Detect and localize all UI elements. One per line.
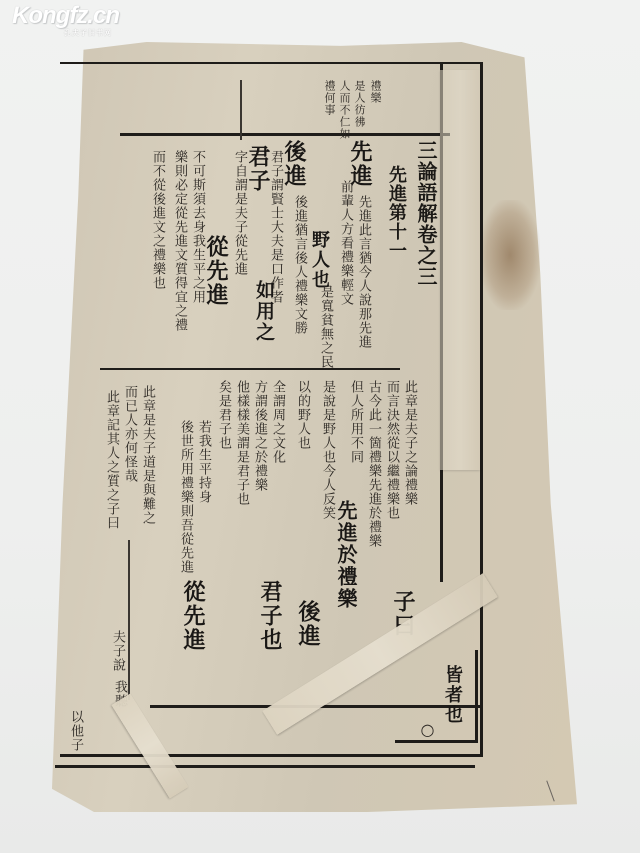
column-rule: [240, 80, 242, 140]
text-column: 夫子說: [110, 630, 125, 672]
text-column: 此章是夫子道是與難之: [140, 385, 155, 525]
text-column: 全謂周之文化: [270, 380, 285, 464]
chapter-title: 先進第十一: [383, 165, 409, 260]
text-column: 前輩人方看禮樂輕文: [338, 180, 353, 306]
heading-houjin-2: 後進: [300, 600, 315, 648]
text-column: 若我生平持身: [196, 420, 211, 504]
heading-congxianjin-2: 從先進: [185, 580, 200, 652]
book-title: 三論語解卷之三: [412, 140, 441, 287]
text-column: 此章記其人之質之子曰: [104, 390, 119, 530]
top-note: 人而不仁如: [337, 80, 352, 140]
text-column: 但人所用不同: [348, 380, 363, 464]
text-column: 他樣樣美謂是君子也: [234, 380, 249, 506]
heading-xianjin-yu-liyue: 先進於禮樂: [338, 500, 353, 610]
text-column: 矣是君子也: [216, 380, 231, 450]
column-rule: [128, 540, 130, 700]
top-note: 禮樂: [368, 80, 383, 104]
seal-text: 皆者也: [445, 665, 460, 725]
heading-ruyongzhi: 如用之: [256, 280, 271, 343]
circle-mark: ○: [420, 720, 435, 740]
text-column: 是寬貧無之民: [318, 285, 333, 369]
text-column: 不可斯須去身我生平之用: [190, 150, 205, 304]
text-column: 樂則必定從先進文質得宜之禮: [172, 150, 187, 332]
text-column: 是說是野人也今人反笑: [320, 380, 335, 520]
base-divider-line: [55, 765, 475, 768]
text-column: 而言決然從以繼禮樂也: [384, 380, 399, 520]
text-column: 此章是夫子之論禮樂: [402, 380, 417, 506]
water-stain: [480, 200, 540, 310]
repair-strip: [440, 70, 480, 470]
heading-xianjin: 先進: [352, 140, 367, 188]
text-column: 而已人亦何怪哉: [122, 385, 137, 483]
heading-junzi-ye: 君子也: [262, 580, 277, 652]
heading-junzi: 君子: [250, 145, 265, 193]
top-note: 是人彷彿: [352, 80, 367, 128]
middle-divider-line: [100, 368, 400, 370]
text-column: 後世所用禮樂則吾從先進: [178, 420, 193, 574]
text-column: 以他子: [68, 710, 83, 752]
watermark: Kongfz.cn 孔夫子旧书网: [12, 2, 119, 30]
heading-yeren: 野人也: [312, 230, 327, 290]
heading-houjin: 後進: [286, 140, 301, 188]
header-divider-line: [120, 133, 450, 136]
heading-congxianjin: 從先進: [208, 235, 223, 307]
text-column: 方謂後進之於禮樂: [252, 380, 267, 492]
text-column: 後進猶言後人禮樂文勝: [292, 195, 307, 335]
watermark-brand: Kongfz.cn: [12, 2, 119, 29]
watermark-subtext: 孔夫子旧书网: [64, 28, 112, 38]
text-column: 字自謂是夫子從先進: [232, 150, 247, 276]
top-note: 禮何事: [322, 80, 337, 116]
text-column: 以的野人也: [295, 380, 310, 450]
text-column: 古今此一箇禮樂先進於禮樂: [366, 380, 381, 548]
text-column: 而不從後進文之禮樂也: [150, 150, 165, 290]
text-column: 先進此言猶今人說那先進: [356, 195, 371, 349]
